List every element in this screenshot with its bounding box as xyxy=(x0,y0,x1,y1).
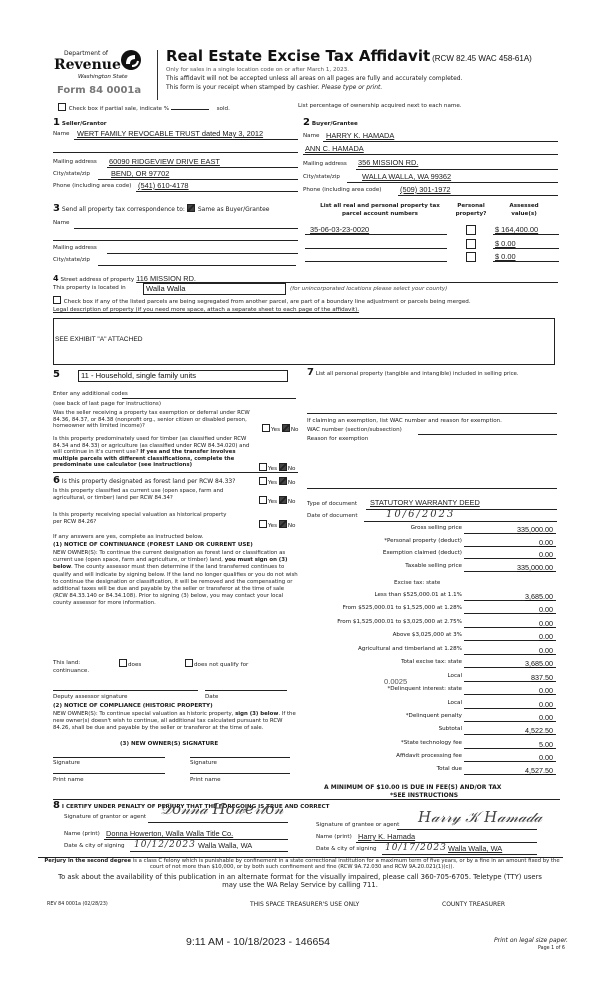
assessed-value-field[interactable]: $ 0.00 xyxy=(495,252,516,261)
amount-label: *Delinquent interest: state xyxy=(387,686,462,692)
assessed-value-field[interactable]: $ 164,400.00 xyxy=(495,225,538,234)
section-divider xyxy=(53,472,298,473)
form-number: Form 84 0001a xyxy=(57,85,141,96)
local-rate: 0.0025 xyxy=(384,677,407,686)
does-not-option: does not qualify for xyxy=(185,659,248,668)
seller-phone-line xyxy=(136,191,298,192)
notice1-c: . The county assessor must then determin… xyxy=(53,564,298,606)
yes-label: Yes xyxy=(268,523,277,529)
page-title: Real Estate Excise Tax Affidavit (RCW 82… xyxy=(166,47,532,65)
grantee-date-label: Date & city of signing xyxy=(316,846,377,852)
doc-date-field[interactable]: 10/6/2023 xyxy=(386,509,455,520)
seller-name-label: Name xyxy=(53,131,70,137)
q-current-use-answer: Yes No xyxy=(259,496,295,505)
grantee-city-field[interactable]: Walla Walla, WA xyxy=(448,844,502,853)
amount-label: From $1,525,000.01 to $3,025,000 at 2.75… xyxy=(337,619,462,625)
reason-field[interactable] xyxy=(307,488,557,489)
grantor-name-field[interactable]: Donna Howerton, Walla Walla Title Co. xyxy=(106,829,233,838)
amount-value[interactable]: 0.00 xyxy=(539,605,553,614)
ownership-note: List percentage of ownership acquired ne… xyxy=(298,103,462,109)
amount-row: Taxable selling price335,000.00 xyxy=(300,563,600,574)
same-as-buyer-label: Same as Buyer/Grantee xyxy=(198,206,270,213)
parcel-col-header: List all real and personal property tax … xyxy=(310,202,450,218)
amount-label: *State technology fee xyxy=(401,740,462,746)
county-treasurer: COUNTY TREASURER xyxy=(442,901,505,908)
revenue-label: Revenue xyxy=(54,57,121,73)
amount-row: *Delinquent penalty0.00 xyxy=(300,713,600,724)
q-exemption-text: Was the seller receiving a property tax … xyxy=(53,410,261,430)
section-number: 2 xyxy=(303,117,310,128)
see-instructions: *SEE INSTRUCTIONS xyxy=(390,792,458,799)
grantor-city-field[interactable]: Walla Walla, WA xyxy=(198,841,252,850)
amount-value[interactable]: 5.00 xyxy=(539,740,553,749)
corr-city-field[interactable] xyxy=(98,265,296,266)
does-not-label: does not qualify for xyxy=(194,662,248,668)
perjury-text: Perjury in the second degree is a class … xyxy=(38,858,566,871)
no-label: No xyxy=(291,427,299,433)
use-code-value: 11 - Household, single family units xyxy=(79,371,196,380)
personal-property-checkbox[interactable] xyxy=(466,225,476,235)
buyer-mailing-label: Mailing address xyxy=(303,161,347,167)
amount-label: Exemption claimed (deduct) xyxy=(383,550,462,556)
seller-mailing-line xyxy=(107,167,298,168)
does-not-checkbox[interactable] xyxy=(185,659,193,667)
amount-label: Gross selling price xyxy=(411,525,462,531)
amount-label: Total excise tax: state xyxy=(401,659,462,665)
amount-label: Less than $525,000.01 at 1.1% xyxy=(374,592,462,598)
amount-row: From $525,000.01 to $1,525,000 at 1.28%0… xyxy=(300,605,600,616)
new-owner-signature2-field[interactable] xyxy=(190,757,290,758)
located-value: Walla Walla xyxy=(144,284,186,293)
section5-number: 5 xyxy=(53,369,60,380)
legal-label: Legal description of property (if you ne… xyxy=(53,307,359,313)
q-exemption-answer: Yes No xyxy=(262,424,298,433)
grantee-name-label: Name (print) xyxy=(316,834,352,840)
grantee-date-field[interactable]: 10/17/2023 xyxy=(385,843,447,853)
section7-text: 7 List all personal property (tangible a… xyxy=(307,369,557,378)
partial-sale-percent-field[interactable] xyxy=(171,109,209,110)
amount-value[interactable]: 0.00 xyxy=(539,686,553,695)
located-label: This property is located in xyxy=(53,285,126,291)
does-option: does xyxy=(119,659,141,668)
notice1-title: (1) NOTICE OF CONTINUANCE (FOREST LAND O… xyxy=(53,542,253,548)
legal-description-field[interactable]: SEE EXHIBIT "A" ATTACHED xyxy=(53,318,555,365)
assessed-line xyxy=(493,261,559,262)
excise-header: Excise tax: state xyxy=(394,580,440,586)
additional-codes-note: (see back of last page for instructions) xyxy=(53,401,161,407)
grantor-date-label: Date & city of signing xyxy=(64,843,125,849)
seller-city-field[interactable]: BEND, OR 97702 xyxy=(111,169,169,178)
does-label: does xyxy=(128,662,141,668)
doc-date-line xyxy=(364,521,557,522)
personal-property-checkbox[interactable] xyxy=(466,239,476,249)
buyer-mailing-line xyxy=(356,169,558,170)
buyer-phone-label: Phone (including area code) xyxy=(303,187,381,193)
amount-value[interactable]: 3,685.00 xyxy=(525,592,553,601)
notice2-title: (2) NOTICE OF COMPLIANCE (HISTORIC PROPE… xyxy=(53,703,213,709)
deputy-signature-field[interactable] xyxy=(53,690,198,691)
buyer-name-field[interactable]: HARRY K. HAMADA xyxy=(326,131,394,140)
amount-row: Gross selling price335,000.00 xyxy=(300,525,600,536)
parcel-line xyxy=(305,234,447,235)
located-select[interactable]: Walla Walla xyxy=(143,283,286,295)
parcel-row: $ 0.00 xyxy=(303,251,563,263)
amount-row: Local0.00 xyxy=(300,700,600,711)
exemption-no-checkbox[interactable] xyxy=(282,424,290,432)
amount-row: Subtotal4,522.50 xyxy=(300,726,600,737)
parcel-number-field[interactable]: 35-06-03-23-0020 xyxy=(310,225,369,234)
minimum-note: A MINIMUM OF $10.00 IS DUE IN FEE(S) AND… xyxy=(324,784,501,791)
personal-property-checkbox[interactable] xyxy=(466,252,476,262)
amount-value[interactable]: 0.00 xyxy=(539,713,553,722)
receipt-note: This form is your receipt when stamped b… xyxy=(166,84,320,91)
yes-label: Yes xyxy=(268,480,277,486)
buyer-phone-field[interactable]: (509) 301-1972 xyxy=(400,185,451,194)
corr-name-field[interactable] xyxy=(74,228,298,229)
seller-mailing-field[interactable]: 60090 RIDGEVIEW DRIVE EAST xyxy=(109,157,220,166)
buyer-name2-field[interactable]: ANN C. HAMADA xyxy=(305,144,364,153)
exemption-note: If claiming an exemption, list WAC numbe… xyxy=(307,418,502,424)
amount-value[interactable]: 0.00 xyxy=(539,550,553,559)
seller-phone-field[interactable]: (541) 610-4178 xyxy=(138,181,189,190)
rev-code: REV 84 0001a (02/28/23) xyxy=(47,902,108,907)
amount-value[interactable]: 4,527.50 xyxy=(525,766,553,775)
buyer-city-line xyxy=(347,182,558,183)
wac-field[interactable] xyxy=(418,434,557,435)
corr-mailing-field[interactable] xyxy=(107,253,298,254)
timber-yes-checkbox[interactable] xyxy=(259,463,267,471)
grantee-sig-label: Signature of grantee or agent xyxy=(316,822,399,828)
amount-row: Local837.50 xyxy=(300,673,600,684)
corr-city-label: City/state/zip xyxy=(53,257,90,263)
print-name2-label: Print name xyxy=(190,777,221,783)
partial-sale-row: Check box if partial sale, indicate % so… xyxy=(58,103,230,112)
amount-row: Agricultural and timberland at 1.28%0.00 xyxy=(300,646,600,657)
segregated-label: Check box if any of the listed parcels a… xyxy=(64,299,471,305)
signature1-label: Signature xyxy=(53,760,80,766)
doc-type-field[interactable]: STATUTORY WARRANTY DEED xyxy=(370,498,480,507)
corr-name2-field[interactable] xyxy=(53,240,298,241)
notice2-text: NEW OWNER(S): To continue special valuat… xyxy=(53,711,298,733)
doc-type-label: Type of document xyxy=(307,501,357,507)
q-forest-answer: Yes No xyxy=(259,477,295,486)
personal-property-field[interactable] xyxy=(307,413,557,414)
historic-yes-checkbox[interactable] xyxy=(259,520,267,528)
header-line2: This affidavit will not be accepted unle… xyxy=(166,75,463,82)
corr-mailing-label: Mailing address xyxy=(53,245,97,251)
perjury-body: is a class C felony which is punishable … xyxy=(131,858,560,870)
section-number: 7 xyxy=(307,367,314,378)
notice2-a: NEW OWNER(S): To continue special valuat… xyxy=(53,711,233,717)
forest-yes-checkbox[interactable] xyxy=(259,477,267,485)
forest-no-checkbox[interactable] xyxy=(279,477,287,485)
buyer-city-field[interactable]: WALLA WALLA, WA 99362 xyxy=(362,172,451,181)
amount-label: *Personal property (deduct) xyxy=(384,538,462,544)
seller-city-line xyxy=(98,179,298,180)
seller-phone-label: Phone (including area code) xyxy=(53,183,131,189)
type-print-note: Please type or print. xyxy=(322,84,383,91)
amount-value[interactable]: 335,000.00 xyxy=(517,563,553,572)
seller-name-line xyxy=(74,139,298,140)
exemption-yes-checkbox[interactable] xyxy=(262,424,270,432)
amount-value[interactable]: 4,522.50 xyxy=(525,726,553,735)
q-timber-answer: Yes No xyxy=(259,463,295,472)
no-label: No xyxy=(288,480,296,486)
treasurer-use: THIS SPACE TREASURER'S USE ONLY xyxy=(250,901,359,908)
q-forest-text: Is this property designated as forest la… xyxy=(62,478,236,485)
does-checkbox[interactable] xyxy=(119,659,127,667)
partial-sale-label: Check box if partial sale, indicate % xyxy=(69,106,169,112)
q-forest-row: 6 Is this property designated as forest … xyxy=(53,475,235,486)
amount-row: *State technology fee5.00 xyxy=(300,740,600,751)
seller-mailing-label: Mailing address xyxy=(53,159,97,165)
grantor-sig-label: Signature of grantor or agent xyxy=(64,814,146,820)
parcel-number-field[interactable] xyxy=(305,248,447,249)
page-number: Page 1 of 6 xyxy=(538,946,565,951)
amount-row: Total excise tax: state3,685.00 xyxy=(300,659,600,670)
title-text: Real Estate Excise Tax Affidavit xyxy=(166,47,430,65)
historic-no-checkbox[interactable] xyxy=(279,520,287,528)
amount-row: *Personal property (deduct)0.00 xyxy=(300,538,600,549)
accessibility-text: To ask about the availability of this pu… xyxy=(55,874,545,889)
yes-label: Yes xyxy=(271,427,280,433)
grantee-signature-field[interactable] xyxy=(397,829,537,830)
parcel-number-field[interactable] xyxy=(305,261,447,262)
amount-row: Less than $525,000.01 at 1.1%3,685.00 xyxy=(300,592,600,603)
reason-label: Reason for exemption xyxy=(307,436,368,442)
use-code-select[interactable]: 11 - Household, single family units xyxy=(78,370,288,382)
no-label: No xyxy=(288,523,296,529)
amount-label: Subtotal xyxy=(439,726,462,732)
q-historic-answer: Yes No xyxy=(259,520,295,529)
continuance-label: continuance. xyxy=(53,668,89,674)
buyer-phone-line xyxy=(398,195,558,196)
amount-row: Above $3,025,000 at 3%0.00 xyxy=(300,632,600,643)
amount-label: Total due xyxy=(437,766,462,772)
grantee-name-field[interactable]: Harry K. Hamada xyxy=(358,832,415,841)
dept-of-label: Department of xyxy=(64,50,108,57)
header-divider xyxy=(157,50,158,100)
grantor-date-line xyxy=(130,851,288,852)
segregated-checkbox[interactable] xyxy=(53,296,61,304)
buyer-name-label: Name xyxy=(303,133,320,139)
amount-label: From $525,000.01 to $1,525,000 at 1.28% xyxy=(343,605,462,611)
partial-sale-suffix: sold. xyxy=(217,106,230,112)
print-name2-field[interactable] xyxy=(190,773,290,774)
parcel-row: 35-06-03-23-0020 $ 164,400.00 xyxy=(303,224,563,236)
amount-row: From $1,525,000.01 to $3,025,000 at 2.75… xyxy=(300,619,600,630)
grantor-name-label: Name (print) xyxy=(64,831,100,837)
q-historic-text: Is this property receiving special valua… xyxy=(53,512,233,527)
buyer-heading-text: Buyer/Grantee xyxy=(312,121,358,127)
perjury-bold: Perjury in the second degree xyxy=(44,858,131,864)
buyer-heading: 2 Buyer/Grantee xyxy=(303,117,358,128)
amount-row: Affidavit processing fee0.00 xyxy=(300,753,600,764)
new-owner-signature1-field[interactable] xyxy=(53,757,165,758)
amount-value[interactable]: 0.00 xyxy=(539,538,553,547)
assessed-value-field[interactable]: $ 0.00 xyxy=(495,239,516,248)
additional-codes-label: Enter any additional codes xyxy=(53,391,128,397)
amount-value[interactable]: 0.00 xyxy=(539,646,553,655)
assessed-col-header: Assessed value(s) xyxy=(500,202,548,218)
instr-text: If any answers are yes, complete as inst… xyxy=(53,534,203,540)
correspondence-heading: 3 Send all property tax correspondence t… xyxy=(53,203,269,214)
buyer-city-label: City/state/zip xyxy=(303,174,340,180)
seller-heading-text: Seller/Grantor xyxy=(62,121,107,127)
header-line3: This form is your receipt when stamped b… xyxy=(166,84,382,91)
correspondence-label: Send all property tax correspondence to: xyxy=(62,206,185,213)
grantor-signature: 𝒟𝑜𝓃𝓃𝒶 𝐻𝑜𝓌𝑒𝓇𝓉𝑜𝓃 xyxy=(160,800,284,818)
located-note: (for unincorporated locations please sel… xyxy=(290,286,447,292)
header-line1: Only for sales in a single location code… xyxy=(166,67,349,73)
amount-row: Exemption claimed (deduct)0.00 xyxy=(300,550,600,561)
print-name1-label: Print name xyxy=(53,777,84,783)
q-timber-text: Is this property predominately used for … xyxy=(53,436,258,469)
amount-label: Above $3,025,000 at 3% xyxy=(393,632,462,638)
yes-label: Yes xyxy=(268,499,277,505)
section-number: 8 xyxy=(53,800,60,811)
partial-sale-checkbox[interactable] xyxy=(58,103,66,111)
amount-label: *Delinquent penalty xyxy=(406,713,462,719)
grantor-name-line xyxy=(104,839,288,840)
timber-no-checkbox[interactable] xyxy=(279,463,287,471)
corr-name-label: Name xyxy=(53,220,70,226)
wac-label: WAC number (section/subsection) xyxy=(307,427,402,433)
amount-label: Local xyxy=(448,700,463,706)
notice1-text: NEW OWNER(S): To continue the current de… xyxy=(53,550,298,608)
buyer-mailing-field[interactable]: 356 MISSION RD. xyxy=(358,158,418,167)
print-note: Print on legal size paper. xyxy=(494,937,568,944)
amount-row: *Delinquent interest: state0.00 xyxy=(300,686,600,697)
seller-city-label: City/state/zip xyxy=(53,171,90,177)
additional-codes-field[interactable] xyxy=(122,398,296,399)
amount-label: Taxable selling price xyxy=(405,563,462,569)
buyer-name-line xyxy=(323,141,558,142)
deputy-date-field[interactable] xyxy=(205,690,287,691)
recording-stamp: 9:11 AM - 10/18/2023 - 146654 xyxy=(186,936,330,948)
personal-col-header: Personal property? xyxy=(450,202,492,218)
amount-value[interactable]: 0.00 xyxy=(539,700,553,709)
notice3-title: (3) NEW OWNER(S) SIGNATURE xyxy=(120,741,218,747)
section-number: 6 xyxy=(53,475,60,486)
amount-row: Total due4,527.50 xyxy=(300,766,600,777)
section-number: 4 xyxy=(53,274,59,283)
current-use-no-checkbox[interactable] xyxy=(279,496,287,504)
no-label: No xyxy=(288,499,296,505)
deputy-date-label: Date xyxy=(205,694,218,700)
same-as-buyer-checkbox[interactable] xyxy=(187,204,195,212)
seller-heading: 1 Seller/Grantor xyxy=(53,117,107,128)
amount-value[interactable]: 335,000.00 xyxy=(517,525,553,534)
print-name1-field[interactable] xyxy=(53,773,165,774)
grantee-date-line xyxy=(382,854,537,855)
amount-value[interactable]: 3,685.00 xyxy=(525,659,553,668)
amount-label: Local xyxy=(448,673,463,679)
signature2-label: Signature xyxy=(190,760,217,766)
deputy-sig-label: Deputy assessor signature xyxy=(53,694,128,700)
grantee-signature: 𝐻𝒶𝓇𝓇𝓎 𝒦 𝐻𝒶𝓂𝒶𝒹𝒶 xyxy=(418,808,542,826)
q-current-use-text: Is this property classified as current u… xyxy=(53,488,233,503)
grantor-date-field[interactable]: 10/12/2023 xyxy=(134,840,196,850)
grantor-signature-field[interactable] xyxy=(148,822,288,823)
seller-name-field[interactable]: WERT FAMILY REVOCABLE TRUST dated May 3,… xyxy=(77,129,263,138)
assessed-line xyxy=(493,248,559,249)
current-use-yes-checkbox[interactable] xyxy=(259,496,267,504)
parcel-row: $ 0.00 xyxy=(303,238,563,250)
segregated-row: Check box if any of the listed parcels a… xyxy=(53,296,471,305)
amount-value[interactable]: 0.00 xyxy=(539,753,553,762)
personal-property-label: List all personal property (tangible and… xyxy=(316,371,519,377)
this-land-label: This land: xyxy=(53,660,80,666)
amount-label: Agricultural and timberland at 1.28% xyxy=(358,646,462,652)
notice2-b: sign (3) below xyxy=(235,711,278,717)
revenue-swirl-icon xyxy=(120,49,142,71)
title-ref: (RCW 82.45 WAC 458-61A) xyxy=(432,54,532,63)
washington-state-label: Washington State xyxy=(78,74,128,80)
street-label: Street address of property xyxy=(61,277,135,283)
doc-date-label: Date of document xyxy=(307,513,358,519)
amount-value[interactable]: 837.50 xyxy=(531,673,553,682)
seller-name2-line[interactable] xyxy=(53,152,298,153)
section-number: 1 xyxy=(53,117,60,128)
amount-value[interactable]: 0.00 xyxy=(539,632,553,641)
buyer-name2-line xyxy=(303,154,558,155)
assessed-line xyxy=(493,234,559,235)
section-number: 3 xyxy=(53,203,60,214)
legal-description-value: SEE EXHIBIT "A" ATTACHED xyxy=(55,336,143,343)
amount-value[interactable]: 0.00 xyxy=(539,619,553,628)
amount-label: Affidavit processing fee xyxy=(396,753,462,759)
